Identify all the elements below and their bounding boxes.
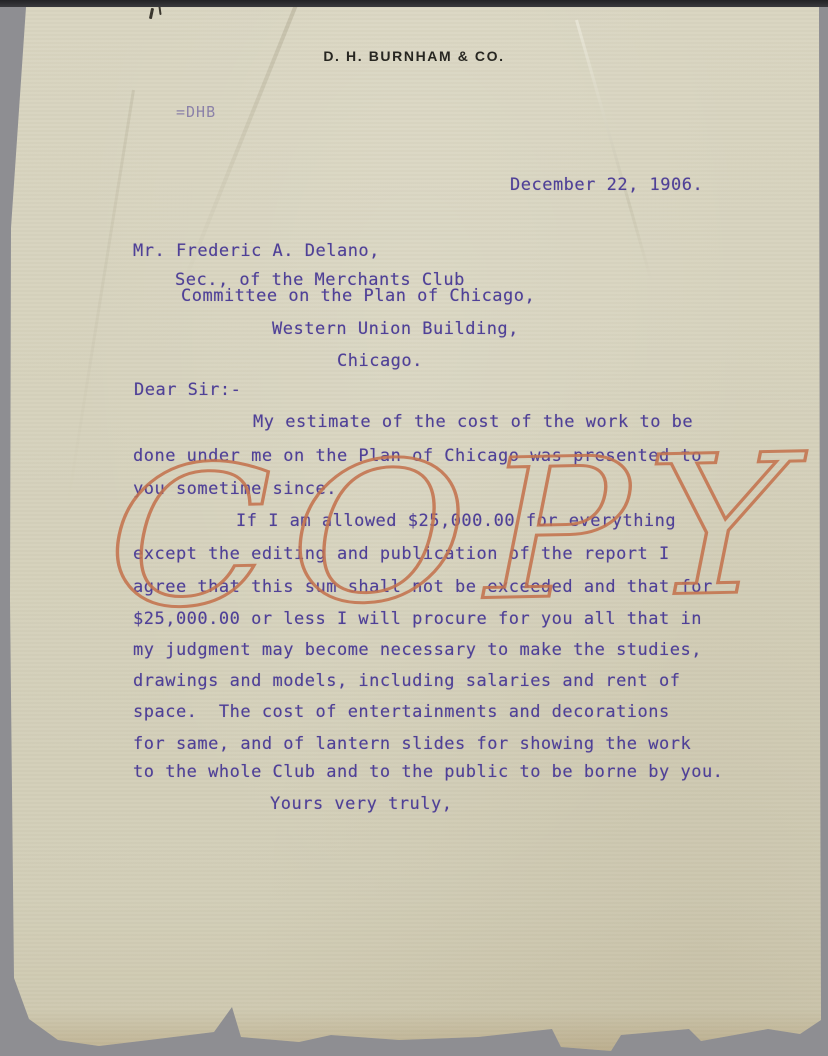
paper-tear-mark — [149, 8, 154, 19]
body-line: drawings and models, including salaries … — [133, 671, 680, 691]
letterhead-company: D. H. BURNHAM & CO. — [0, 48, 828, 64]
body-line: you sometime since. — [133, 479, 337, 499]
closing-line: Yours very truly, — [270, 794, 453, 814]
reference-initials-mark: =DHB — [176, 103, 216, 121]
scan-background-top-edge — [0, 0, 828, 7]
body-line: for same, and of lantern slides for show… — [133, 734, 691, 754]
body-line: $25,000.00 or less I will procure for yo… — [133, 609, 702, 629]
recipient-title-line-2: Committee on the Plan of Chicago, — [181, 286, 535, 306]
body-line: my judgment may become necessary to make… — [133, 640, 702, 660]
scanned-letter: D. H. BURNHAM & CO. =DHB December 22, 19… — [0, 0, 828, 1056]
letter-paper: D. H. BURNHAM & CO. =DHB December 22, 19… — [0, 0, 828, 1056]
body-line: If I am allowed $25,000.00 for everythin… — [236, 511, 676, 531]
paper-crease — [65, 90, 135, 515]
recipient-name-line: Mr. Frederic A. Delano, — [133, 241, 380, 261]
body-line: My estimate of the cost of the work to b… — [253, 412, 693, 432]
recipient-building-line: Western Union Building, — [272, 319, 519, 339]
body-line: space. The cost of entertainments and de… — [133, 702, 670, 722]
paper-tear-mark — [158, 6, 161, 15]
body-line: to the whole Club and to the public to b… — [133, 762, 723, 782]
date-line: December 22, 1906. — [510, 175, 703, 195]
body-line: done under me on the Plan of Chicago was… — [133, 446, 702, 466]
body-line: except the editing and publication of th… — [133, 544, 670, 564]
salutation: Dear Sir:- — [134, 380, 241, 400]
body-line: agree that this sum shall not be exceede… — [133, 577, 713, 597]
copy-stamp-watermark: COPY — [101, 441, 817, 632]
recipient-city-line: Chicago. — [337, 351, 423, 371]
copy-stamp-text: COPY — [105, 441, 812, 632]
